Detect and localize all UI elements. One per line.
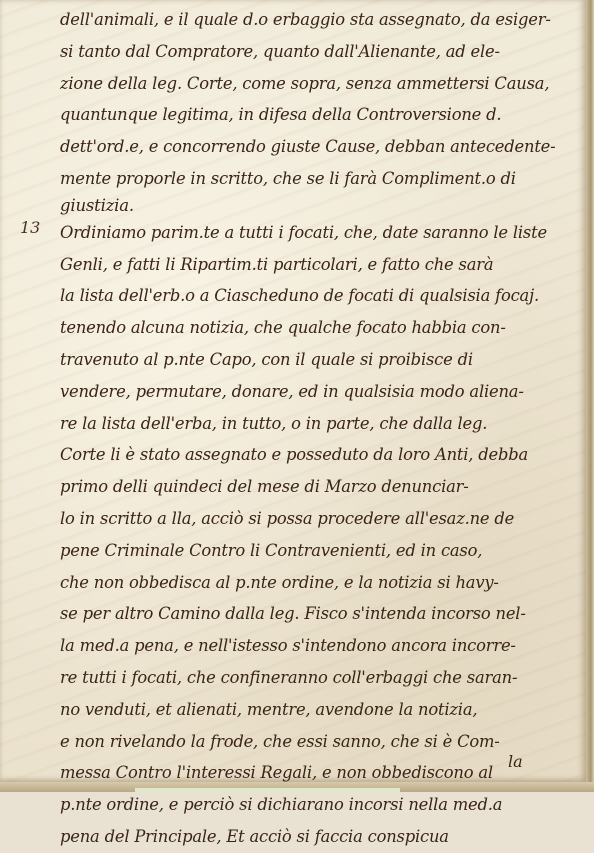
text-line: Genli, e fatti li Ripartim.ti particolar… (60, 249, 560, 281)
text-line: quantunque legitima, in difesa della Con… (60, 99, 560, 131)
text-line: si tanto dal Compratore, quanto dall'Ali… (60, 36, 560, 68)
text-line: la med.a pena, e nell'istesso s'intendon… (60, 630, 560, 662)
margin-paragraph-number: 13 (20, 218, 40, 237)
text-line: tenendo alcuna notizia, che qualche foca… (60, 312, 560, 344)
text-line: se per altro Camino dalla leg. Fisco s'i… (60, 598, 560, 630)
text-line: la lista dell'erb.o a Ciascheduno de foc… (60, 280, 560, 312)
text-line: travenuto al p.nte Capo, con il quale si… (60, 344, 560, 376)
text-line: che non obbedisca al p.nte ordine, e la … (60, 567, 560, 599)
text-line: pene Criminale Contro li Contravenienti,… (60, 535, 560, 567)
handwritten-text-block: dell'animali, e il quale d.o erbaggio st… (60, 4, 565, 792)
underlying-page-strip (135, 788, 400, 792)
text-line: e non rivelando la frode, che essi sanno… (60, 726, 560, 758)
text-line: Ordiniamo parim.te a tutti i focati, che… (60, 217, 560, 249)
text-line: primo delli quindeci del mese di Marzo d… (60, 471, 560, 503)
text-line: Corte li è stato assegnato e posseduto d… (60, 439, 560, 471)
text-line: lo in scritto a lla, acciò si possa proc… (60, 503, 560, 535)
text-line: re la lista dell'erba, in tutto, o in pa… (60, 408, 560, 440)
text-line: giustizia. (60, 195, 565, 217)
catchword: la (508, 752, 523, 771)
text-line: zione della leg. Corte, come sopra, senz… (60, 68, 560, 100)
manuscript-page: 13 dell'animali, e il quale d.o erbaggio… (0, 0, 586, 782)
page-right-edge (586, 0, 594, 792)
text-line: no venduti, et alienati, mentre, avendon… (60, 694, 560, 726)
text-line: dett'ord.e, e concorrendo giuste Cause, … (60, 131, 560, 163)
text-line: re tutti i focati, che confineranno coll… (60, 662, 560, 694)
text-line: mente proporle in scritto, che se li far… (60, 163, 560, 195)
text-line: vendere, permutare, donare, ed in qualsi… (60, 376, 560, 408)
text-line: dell'animali, e il quale d.o erbaggio st… (60, 4, 560, 36)
